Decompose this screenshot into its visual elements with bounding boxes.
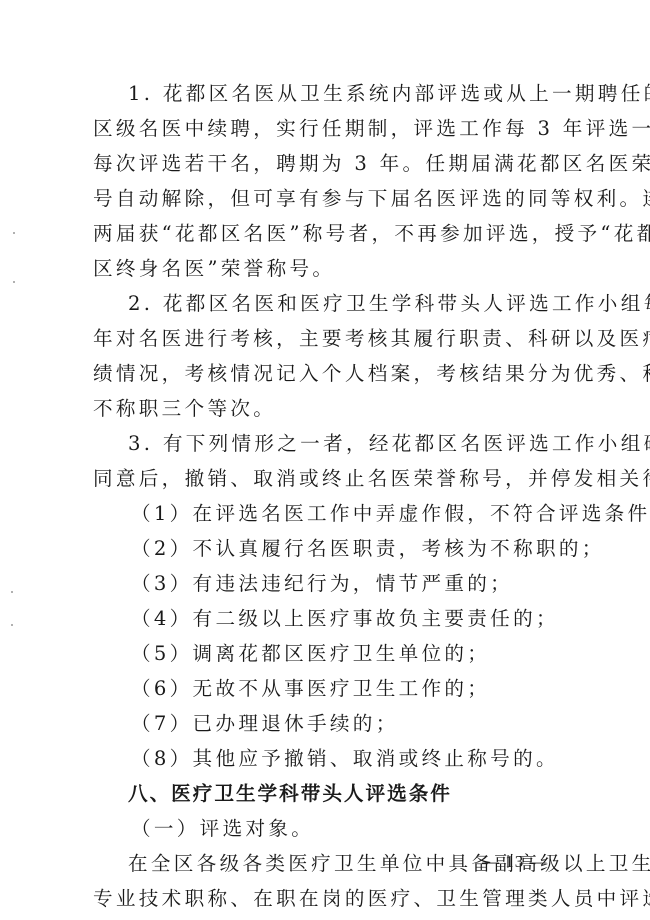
list-item: （8）其他应予撤销、取消或终止称号的。 bbox=[93, 741, 563, 776]
text-line: 2. 花都区名医和医疗卫生学科带头人评选工作小组每 bbox=[93, 286, 563, 321]
scan-speck bbox=[11, 591, 13, 593]
list-item: （5）调离花都区医疗卫生单位的； bbox=[93, 636, 563, 671]
paragraph-2: 2. 花都区名医和医疗卫生学科带头人评选工作小组每 年对名医进行考核，主要考核其… bbox=[93, 286, 563, 426]
text-line: 1. 花都区名医从卫生系统内部评选或从上一期聘任的 bbox=[93, 76, 563, 111]
text-line: 专业技术职称、在职在岗的医疗、卫生管理类人员中评选 30 bbox=[93, 881, 563, 916]
paragraph-1: 1. 花都区名医从卫生系统内部评选或从上一期聘任的 区级名医中续聘，实行任期制，… bbox=[93, 76, 563, 286]
scan-speck bbox=[13, 232, 15, 234]
section-heading: 八、医疗卫生学科带头人评选条件 bbox=[93, 776, 563, 811]
text-line: 区终身名医”荣誉称号。 bbox=[93, 251, 563, 286]
list-item: （2）不认真履行名医职责，考核为不称职的； bbox=[93, 531, 563, 566]
text-line: 不称职三个等次。 bbox=[93, 391, 563, 426]
text-line: 年对名医进行考核，主要考核其履行职责、科研以及医疗业 bbox=[93, 321, 563, 356]
text-line: 绩情况，考核情况记入个人档案，考核结果分为优秀、称职、 bbox=[93, 356, 563, 391]
text-line: 区级名医中续聘，实行任期制，评选工作每 3 年评选一次， bbox=[93, 111, 563, 146]
scan-speck bbox=[11, 624, 13, 626]
text-line: 每次评选若干名，聘期为 3 年。任期届满花都区名医荣誉称 bbox=[93, 146, 563, 181]
text-line: 同意后，撤销、取消或终止名医荣誉称号，并停发相关待遇。 bbox=[93, 461, 563, 496]
text-line: 号自动解除，但可享有参与下届名医评选的同等权利。连续 bbox=[93, 181, 563, 216]
list-item: （4）有二级以上医疗事故负主要责任的； bbox=[93, 601, 563, 636]
subsection-heading: （一）评选对象。 bbox=[93, 811, 563, 846]
revocation-conditions-list: （1）在评选名医工作中弄虚作假，不符合评选条件的； （2）不认真履行名医职责，考… bbox=[93, 496, 563, 776]
scan-speck bbox=[13, 281, 15, 283]
text-line: 3. 有下列情形之一者，经花都区名医评选工作小组研究 bbox=[93, 426, 563, 461]
list-item: （1）在评选名医工作中弄虚作假，不符合评选条件的； bbox=[93, 496, 563, 531]
list-item: （6）无故不从事医疗卫生工作的； bbox=[93, 671, 563, 706]
document-body: 1. 花都区名医从卫生系统内部评选或从上一期聘任的 区级名医中续聘，实行任期制，… bbox=[93, 76, 563, 916]
list-item: （7）已办理退休手续的； bbox=[93, 706, 563, 741]
text-line: 两届获“花都区名医”称号者，不再参加评选，授予“花都 bbox=[93, 216, 563, 251]
paragraph-3: 3. 有下列情形之一者，经花都区名医评选工作小组研究 同意后，撤销、取消或终止名… bbox=[93, 426, 563, 496]
page-number: — 13 — bbox=[482, 852, 548, 872]
list-item: （3）有违法违纪行为，情节严重的； bbox=[93, 566, 563, 601]
document-page: 1. 花都区名医从卫生系统内部评选或从上一期聘任的 区级名医中续聘，实行任期制，… bbox=[0, 0, 650, 920]
